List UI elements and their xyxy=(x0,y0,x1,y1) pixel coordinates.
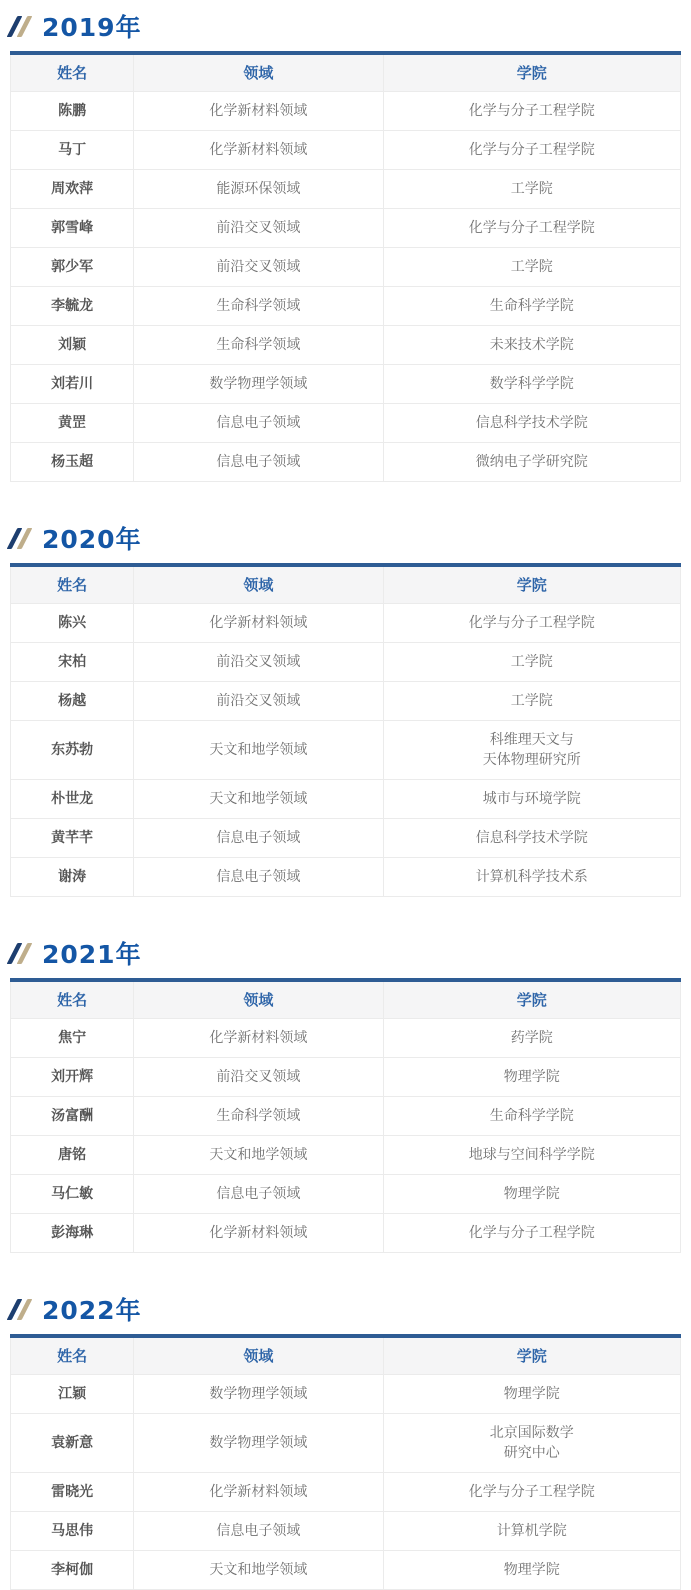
year-title: 2020年 xyxy=(42,520,142,556)
college-cell: 化学与分子工程学院 xyxy=(383,92,681,131)
field-cell: 信息电子领域 xyxy=(134,858,383,897)
field-cell: 天文和地学领域 xyxy=(134,1551,383,1590)
name-cell: 彭海琳 xyxy=(11,1214,134,1253)
table-row: 杨玉超信息电子领域微纳电子学研究院 xyxy=(11,443,681,482)
name-cell: 郭少军 xyxy=(11,248,134,287)
column-header: 学院 xyxy=(383,565,681,604)
scholar-table: 姓名领域学院 陈兴化学新材料领域化学与分子工程学院宋柏前沿交叉领域工学院杨越前沿… xyxy=(10,563,681,897)
name-cell: 黄罡 xyxy=(11,404,134,443)
table-row: 李柯伽天文和地学领域物理学院 xyxy=(11,1551,681,1590)
scholar-table: 姓名领域学院 江颖数学物理学领域物理学院袁新意数学物理学领域北京国际数学 研究中… xyxy=(10,1334,681,1590)
name-cell: 李柯伽 xyxy=(11,1551,134,1590)
field-cell: 数学物理学领域 xyxy=(134,1375,383,1414)
table-row: 郭少军前沿交叉领域工学院 xyxy=(11,248,681,287)
table-row: 宋柏前沿交叉领域工学院 xyxy=(11,643,681,682)
college-cell: 化学与分子工程学院 xyxy=(383,131,681,170)
college-cell: 物理学院 xyxy=(383,1058,681,1097)
column-header: 领域 xyxy=(134,53,383,92)
name-cell: 马丁 xyxy=(11,131,134,170)
table-row: 袁新意数学物理学领域北京国际数学 研究中心 xyxy=(11,1414,681,1473)
table-row: 朴世龙天文和地学领域城市与环境学院 xyxy=(11,780,681,819)
table-header-row: 姓名领域学院 xyxy=(11,980,681,1019)
college-cell: 工学院 xyxy=(383,682,681,721)
college-cell: 计算机学院 xyxy=(383,1512,681,1551)
field-cell: 信息电子领域 xyxy=(134,1512,383,1551)
field-cell: 前沿交叉领域 xyxy=(134,248,383,287)
table-row: 刘若川数学物理学领域数学科学学院 xyxy=(11,365,681,404)
name-cell: 黄芊芊 xyxy=(11,819,134,858)
field-cell: 能源环保领域 xyxy=(134,170,383,209)
table-row: 李毓龙生命科学领域生命科学学院 xyxy=(11,287,681,326)
column-header: 姓名 xyxy=(11,1336,134,1375)
college-cell: 化学与分子工程学院 xyxy=(383,1214,681,1253)
field-cell: 前沿交叉领域 xyxy=(134,682,383,721)
college-cell: 生命科学学院 xyxy=(383,287,681,326)
name-cell: 朴世龙 xyxy=(11,780,134,819)
college-cell: 工学院 xyxy=(383,170,681,209)
year-section: 2022年 姓名领域学院 江颖数学物理学领域物理学院袁新意数学物理学领域北京国际… xyxy=(10,1293,681,1590)
field-cell: 信息电子领域 xyxy=(134,1175,383,1214)
college-cell: 化学与分子工程学院 xyxy=(383,1473,681,1512)
field-cell: 数学物理学领域 xyxy=(134,365,383,404)
field-cell: 化学新材料领域 xyxy=(134,1019,383,1058)
name-cell: 唐铭 xyxy=(11,1136,134,1175)
table-row: 江颖数学物理学领域物理学院 xyxy=(11,1375,681,1414)
year-sections-container: 2019年 姓名领域学院 陈鹏化学新材料领域化学与分子工程学院马丁化学新材料领域… xyxy=(10,10,681,1590)
table-row: 雷晓光化学新材料领域化学与分子工程学院 xyxy=(11,1473,681,1512)
name-cell: 东苏勃 xyxy=(11,721,134,780)
table-row: 杨越前沿交叉领域工学院 xyxy=(11,682,681,721)
table-row: 焦宁化学新材料领域药学院 xyxy=(11,1019,681,1058)
field-cell: 化学新材料领域 xyxy=(134,1473,383,1512)
year-title: 2019年 xyxy=(42,8,142,44)
name-cell: 郭雪峰 xyxy=(11,209,134,248)
name-cell: 刘颖 xyxy=(11,326,134,365)
college-cell: 化学与分子工程学院 xyxy=(383,209,681,248)
year-heading: 2020年 xyxy=(12,522,681,554)
field-cell: 化学新材料领域 xyxy=(134,1214,383,1253)
college-cell: 未来技术学院 xyxy=(383,326,681,365)
year-heading: 2019年 xyxy=(12,10,681,42)
column-header: 姓名 xyxy=(11,53,134,92)
name-cell: 陈兴 xyxy=(11,604,134,643)
college-cell: 科维理天文与 天体物理研究所 xyxy=(383,721,681,780)
college-cell: 数学科学学院 xyxy=(383,365,681,404)
year-section: 2021年 姓名领域学院 焦宁化学新材料领域药学院刘开辉前沿交叉领域物理学院汤富… xyxy=(10,937,681,1253)
field-cell: 天文和地学领域 xyxy=(134,721,383,780)
field-cell: 生命科学领域 xyxy=(134,287,383,326)
field-cell: 天文和地学领域 xyxy=(134,1136,383,1175)
name-cell: 陈鹏 xyxy=(11,92,134,131)
table-row: 东苏勃天文和地学领域科维理天文与 天体物理研究所 xyxy=(11,721,681,780)
field-cell: 生命科学领域 xyxy=(134,1097,383,1136)
column-header: 学院 xyxy=(383,980,681,1019)
table-row: 马丁化学新材料领域化学与分子工程学院 xyxy=(11,131,681,170)
name-cell: 马仁敏 xyxy=(11,1175,134,1214)
college-cell: 微纳电子学研究院 xyxy=(383,443,681,482)
college-cell: 生命科学学院 xyxy=(383,1097,681,1136)
name-cell: 李毓龙 xyxy=(11,287,134,326)
table-row: 陈兴化学新材料领域化学与分子工程学院 xyxy=(11,604,681,643)
college-cell: 工学院 xyxy=(383,643,681,682)
year-title: 2021年 xyxy=(42,935,142,971)
table-row: 郭雪峰前沿交叉领域化学与分子工程学院 xyxy=(11,209,681,248)
year-heading: 2021年 xyxy=(12,937,681,969)
column-header: 领域 xyxy=(134,565,383,604)
field-cell: 信息电子领域 xyxy=(134,404,383,443)
table-row: 唐铭天文和地学领域地球与空间科学学院 xyxy=(11,1136,681,1175)
name-cell: 刘若川 xyxy=(11,365,134,404)
scholar-table: 姓名领域学院 焦宁化学新材料领域药学院刘开辉前沿交叉领域物理学院汤富酬生命科学领… xyxy=(10,978,681,1253)
name-cell: 杨越 xyxy=(11,682,134,721)
year-section: 2019年 姓名领域学院 陈鹏化学新材料领域化学与分子工程学院马丁化学新材料领域… xyxy=(10,10,681,482)
column-header: 姓名 xyxy=(11,980,134,1019)
college-cell: 信息科学技术学院 xyxy=(383,819,681,858)
table-row: 彭海琳化学新材料领域化学与分子工程学院 xyxy=(11,1214,681,1253)
college-cell: 化学与分子工程学院 xyxy=(383,604,681,643)
table-row: 马仁敏信息电子领域物理学院 xyxy=(11,1175,681,1214)
name-cell: 雷晓光 xyxy=(11,1473,134,1512)
table-row: 刘开辉前沿交叉领域物理学院 xyxy=(11,1058,681,1097)
field-cell: 前沿交叉领域 xyxy=(134,209,383,248)
column-header: 姓名 xyxy=(11,565,134,604)
field-cell: 化学新材料领域 xyxy=(134,604,383,643)
college-cell: 药学院 xyxy=(383,1019,681,1058)
column-header: 学院 xyxy=(383,53,681,92)
table-row: 谢涛信息电子领域计算机科学技术系 xyxy=(11,858,681,897)
name-cell: 刘开辉 xyxy=(11,1058,134,1097)
scholar-table: 姓名领域学院 陈鹏化学新材料领域化学与分子工程学院马丁化学新材料领域化学与分子工… xyxy=(10,51,681,482)
name-cell: 焦宁 xyxy=(11,1019,134,1058)
name-cell: 周欢萍 xyxy=(11,170,134,209)
name-cell: 宋柏 xyxy=(11,643,134,682)
table-row: 黄芊芊信息电子领域信息科学技术学院 xyxy=(11,819,681,858)
field-cell: 信息电子领域 xyxy=(134,443,383,482)
table-header-row: 姓名领域学院 xyxy=(11,565,681,604)
field-cell: 化学新材料领域 xyxy=(134,131,383,170)
year-heading: 2022年 xyxy=(12,1293,681,1325)
field-cell: 数学物理学领域 xyxy=(134,1414,383,1473)
college-cell: 地球与空间科学学院 xyxy=(383,1136,681,1175)
table-row: 汤富酬生命科学领域生命科学学院 xyxy=(11,1097,681,1136)
scholar-list-page: 2019年 姓名领域学院 陈鹏化学新材料领域化学与分子工程学院马丁化学新材料领域… xyxy=(0,0,691,1590)
table-row: 刘颖生命科学领域未来技术学院 xyxy=(11,326,681,365)
college-cell: 物理学院 xyxy=(383,1375,681,1414)
college-cell: 物理学院 xyxy=(383,1551,681,1590)
college-cell: 北京国际数学 研究中心 xyxy=(383,1414,681,1473)
college-cell: 物理学院 xyxy=(383,1175,681,1214)
field-cell: 前沿交叉领域 xyxy=(134,643,383,682)
table-row: 周欢萍能源环保领域工学院 xyxy=(11,170,681,209)
column-header: 领域 xyxy=(134,980,383,1019)
name-cell: 袁新意 xyxy=(11,1414,134,1473)
year-section: 2020年 姓名领域学院 陈兴化学新材料领域化学与分子工程学院宋柏前沿交叉领域工… xyxy=(10,522,681,897)
table-row: 马思伟信息电子领域计算机学院 xyxy=(11,1512,681,1551)
college-cell: 城市与环境学院 xyxy=(383,780,681,819)
college-cell: 计算机科学技术系 xyxy=(383,858,681,897)
table-header-row: 姓名领域学院 xyxy=(11,1336,681,1375)
college-cell: 工学院 xyxy=(383,248,681,287)
college-cell: 信息科学技术学院 xyxy=(383,404,681,443)
column-header: 学院 xyxy=(383,1336,681,1375)
name-cell: 杨玉超 xyxy=(11,443,134,482)
name-cell: 江颖 xyxy=(11,1375,134,1414)
field-cell: 前沿交叉领域 xyxy=(134,1058,383,1097)
field-cell: 化学新材料领域 xyxy=(134,92,383,131)
name-cell: 马思伟 xyxy=(11,1512,134,1551)
table-row: 陈鹏化学新材料领域化学与分子工程学院 xyxy=(11,92,681,131)
field-cell: 生命科学领域 xyxy=(134,326,383,365)
field-cell: 信息电子领域 xyxy=(134,819,383,858)
name-cell: 谢涛 xyxy=(11,858,134,897)
name-cell: 汤富酬 xyxy=(11,1097,134,1136)
year-title: 2022年 xyxy=(42,1291,142,1327)
column-header: 领域 xyxy=(134,1336,383,1375)
field-cell: 天文和地学领域 xyxy=(134,780,383,819)
table-row: 黄罡信息电子领域信息科学技术学院 xyxy=(11,404,681,443)
table-header-row: 姓名领域学院 xyxy=(11,53,681,92)
